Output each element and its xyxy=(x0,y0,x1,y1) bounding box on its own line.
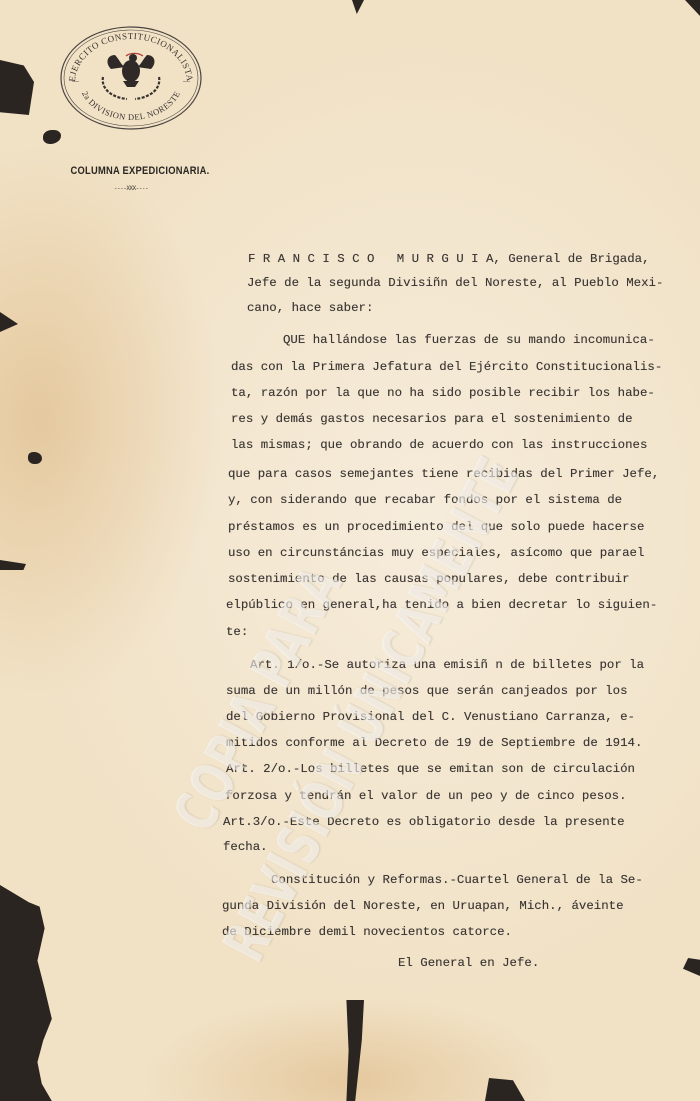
text-line: de Diciembre demil novecientos catorce. xyxy=(222,925,512,939)
text-line: ta, razón por la que no ha sido posible … xyxy=(231,386,655,400)
text-line: Art.3/o.-Este Decreto es obligatorio des… xyxy=(223,815,625,829)
text-line: sostenimiento de las causas populares, d… xyxy=(228,572,630,586)
text-line: préstamos es un procedimiento del que so… xyxy=(228,520,644,534)
text-line: uso en circunstáncias muy especiales, as… xyxy=(228,546,644,560)
text-line: suma de un millón de pesos que serán can… xyxy=(226,684,628,698)
text-line: res y demás gastos necesarios para el so… xyxy=(231,412,633,426)
text-line: Jefe de la segunda Divisiñn del Noreste,… xyxy=(247,276,663,290)
text-line: te: xyxy=(226,625,248,639)
text-line: das con la Primera Jefatura del Ejército… xyxy=(231,360,662,374)
typewritten-decree: F R A N C I S C O M U R G U I A, General… xyxy=(0,0,700,1101)
text-line: las mismas; que obrando de acuerdo con l… xyxy=(231,438,647,452)
text-line: QUE hallándose las fuerzas de su mando i… xyxy=(283,333,655,347)
text-line: Art. 2/o.-Los billetes que se emitan son… xyxy=(226,762,635,776)
document-page: EJERCITO CONSTITUCIONALISTA 2a DIVISION … xyxy=(0,0,700,1101)
text-line: mitidos conforme al Decreto de 19 de Sep… xyxy=(226,736,642,750)
text-line: Art. 1/o.-Se autoriza una emisiñ n de bi… xyxy=(250,658,644,672)
text-line: forzosa y tendrán el valor de un peo y d… xyxy=(225,789,627,803)
text-line: F R A N C I S C O M U R G U I A, General… xyxy=(248,252,650,266)
signature-line: El General en Jefe. xyxy=(398,956,539,970)
text-line: y, con siderando que recabar fondos por … xyxy=(228,493,622,507)
text-line: Constitución y Reformas.-Cuartel General… xyxy=(271,873,643,887)
text-line: elpúblico en general,ha tenido a bien de… xyxy=(226,598,657,612)
text-line: cano, hace saber: xyxy=(247,301,373,315)
text-line: fecha. xyxy=(223,840,268,854)
text-line: gunda División del Noreste, en Uruapan, … xyxy=(222,899,624,913)
text-line: del Gobierno Provisional del C. Venustia… xyxy=(226,710,635,724)
text-line: que para casos semejantes tiene recibida… xyxy=(228,467,659,481)
